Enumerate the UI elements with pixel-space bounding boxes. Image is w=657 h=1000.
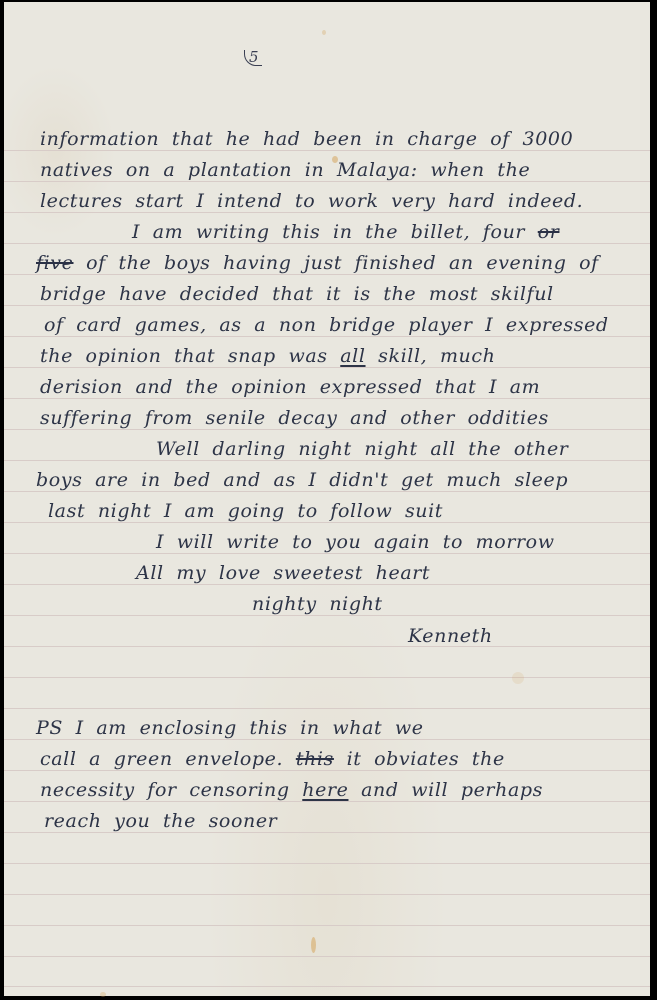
signature-text: Kenneth xyxy=(408,625,493,647)
ruled-line xyxy=(4,305,650,306)
letter-line: bridge have decided that it is the most … xyxy=(40,283,554,305)
line-text: of the boys having just finished an even… xyxy=(86,252,599,274)
ruled-line xyxy=(4,212,650,213)
ruled-line xyxy=(4,646,650,647)
ruled-line xyxy=(4,863,650,864)
line-text: and will perhaps xyxy=(361,779,543,801)
ruled-line xyxy=(4,801,650,802)
ruled-line xyxy=(4,243,650,244)
letter-line: I am writing this in the billet, four or xyxy=(132,221,559,243)
line-text: bridge have decided that it is the most … xyxy=(40,283,554,305)
postscript-line: PS I am enclosing this in what we xyxy=(36,717,424,739)
letter-line: derision and the opinion expressed that … xyxy=(40,376,540,398)
letter-line: last night I am going to follow suit xyxy=(48,500,443,522)
letter-line: nighty night xyxy=(252,593,383,615)
line-text: I am writing this in the billet, four xyxy=(132,221,525,243)
page-number: 5 xyxy=(244,48,262,66)
letter-line: the opinion that snap was all skill, muc… xyxy=(40,345,495,367)
signature: Kenneth xyxy=(408,625,493,647)
struck-word: or xyxy=(538,221,560,243)
ruled-line xyxy=(4,615,650,616)
ruled-line xyxy=(4,770,650,771)
line-text: necessity for censoring xyxy=(40,779,290,801)
letter-line: five of the boys having just finished an… xyxy=(36,252,599,274)
line-text: reach you the sooner xyxy=(44,810,277,832)
ruled-line xyxy=(4,398,650,399)
letter-line: suffering from senile decay and other od… xyxy=(40,407,549,429)
underlined-word: here xyxy=(302,779,348,801)
ruled-line xyxy=(4,150,650,151)
letter-line: I will write to you again to morrow xyxy=(156,531,555,553)
ruled-line xyxy=(4,739,650,740)
ruled-line xyxy=(4,491,650,492)
line-text: last night I am going to follow suit xyxy=(48,500,443,522)
line-text: natives on a plantation in Malaya: when … xyxy=(40,159,530,181)
foxing-stain xyxy=(512,672,524,684)
foxing-stain xyxy=(100,992,106,997)
postscript-line: reach you the sooner xyxy=(44,810,277,832)
letter-line: All my love sweetest heart xyxy=(136,562,430,584)
postscript-line: call a green envelope. this it obviates … xyxy=(40,748,505,770)
underlined-word: all xyxy=(340,345,365,367)
letter-line: Well darling night night all the other xyxy=(156,438,568,460)
line-text: Well darling night night all the other xyxy=(156,438,568,460)
letter-line: natives on a plantation in Malaya: when … xyxy=(40,159,530,181)
ruled-line xyxy=(4,708,650,709)
line-text: skill, much xyxy=(378,345,495,367)
line-text: PS I am enclosing this in what we xyxy=(36,717,424,739)
ruled-line xyxy=(4,274,650,275)
ruled-line xyxy=(4,522,650,523)
line-text: I will write to you again to morrow xyxy=(156,531,555,553)
letter-line: information that he had been in charge o… xyxy=(40,128,573,150)
line-text: lectures start I intend to work very har… xyxy=(40,190,583,212)
ruled-line xyxy=(4,986,650,987)
line-text: of card games, as a non bridge player I … xyxy=(44,314,609,336)
ruled-line xyxy=(4,460,650,461)
line-text: suffering from senile decay and other od… xyxy=(40,407,549,429)
ruled-line xyxy=(4,584,650,585)
ruled-line xyxy=(4,677,650,678)
ruled-line xyxy=(4,925,650,926)
struck-word: this xyxy=(296,748,334,770)
letter-line: of card games, as a non bridge player I … xyxy=(44,314,609,336)
postscript-line: necessity for censoring here and will pe… xyxy=(40,779,543,801)
letter-page: 5 information that he had been in charge… xyxy=(4,2,650,996)
foxing-stain xyxy=(322,30,326,35)
line-text: call a green envelope. xyxy=(40,748,283,770)
line-text: derision and the opinion expressed that … xyxy=(40,376,540,398)
ruled-line xyxy=(4,367,650,368)
line-text: nighty night xyxy=(252,593,383,615)
foxing-stain xyxy=(311,937,316,953)
letter-line: lectures start I intend to work very har… xyxy=(40,190,583,212)
letter-line: boys are in bed and as I didn't get much… xyxy=(36,469,568,491)
ruled-line xyxy=(4,336,650,337)
ruled-line xyxy=(4,956,650,957)
line-text: it obviates the xyxy=(347,748,505,770)
ruled-line xyxy=(4,553,650,554)
ruled-line xyxy=(4,181,650,182)
line-text: the opinion that snap was xyxy=(40,345,328,367)
ruled-line xyxy=(4,429,650,430)
page-number-value: 5 xyxy=(244,50,262,66)
line-text: boys are in bed and as I didn't get much… xyxy=(36,469,568,491)
ruled-line xyxy=(4,832,650,833)
struck-word: five xyxy=(36,252,74,274)
line-text: information that he had been in charge o… xyxy=(40,128,573,150)
ruled-line xyxy=(4,894,650,895)
line-text: All my love sweetest heart xyxy=(136,562,430,584)
